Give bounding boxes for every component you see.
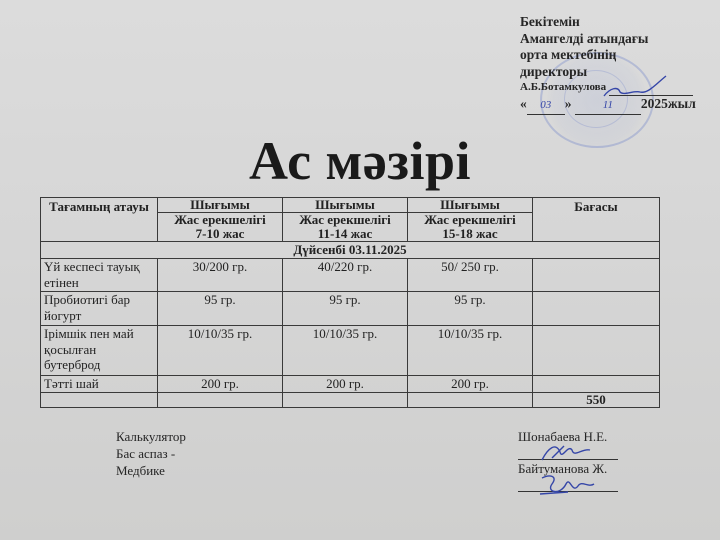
table-row: Тәтті шай 200 гр. 200 гр. 200 гр. — [41, 376, 660, 393]
signature-2-icon — [536, 472, 598, 502]
director-signature-icon — [600, 74, 670, 100]
day-row: Дүйсенбі 03.11.2025 — [41, 242, 660, 259]
footer-roles: Калькулятор Бас аспаз - Медбике — [116, 428, 186, 479]
header-dish-name: Тағамның атауы — [41, 198, 158, 242]
approval-line: Бекітемін — [520, 14, 720, 31]
header-yield-1: Шығымы — [158, 198, 283, 213]
header-price: Бағасы — [533, 198, 660, 242]
total-row: 550 — [41, 393, 660, 408]
approval-line: орта мектебінің — [520, 47, 720, 64]
header-age-group-1: Жас ерекшелігі 7-10 жас — [158, 213, 283, 242]
signature-1-icon — [538, 438, 594, 466]
table-row: Пробиотигі бар йогурт 95 гр. 95 гр. 95 г… — [41, 292, 660, 326]
role-label: Бас аспаз - — [116, 445, 186, 462]
header-age-group-2: Жас ерекшелігі 11-14 жас — [283, 213, 408, 242]
page-title: Ас мәзірі — [0, 130, 720, 192]
date-day: 03 — [527, 97, 565, 115]
approval-line: Амангелді атындағы — [520, 31, 720, 48]
header-yield-3: Шығымы — [408, 198, 533, 213]
header-yield-2: Шығымы — [283, 198, 408, 213]
role-label: Калькулятор — [116, 428, 186, 445]
total-price: 550 — [533, 393, 660, 408]
menu-table: Тағамның атауы Шығымы Шығымы Шығымы Баға… — [40, 197, 660, 408]
table-row: Ірімшік пен май қосылған бутерброд 10/10… — [41, 326, 660, 376]
director-name: А.Б.Ботамкулова — [520, 81, 606, 93]
role-label: Медбике — [116, 462, 186, 479]
table-row: Үй кеспесі тауық етінен 30/200 гр. 40/22… — [41, 259, 660, 292]
header-age-group-3: Жас ерекшелігі 15-18 жас — [408, 213, 533, 242]
